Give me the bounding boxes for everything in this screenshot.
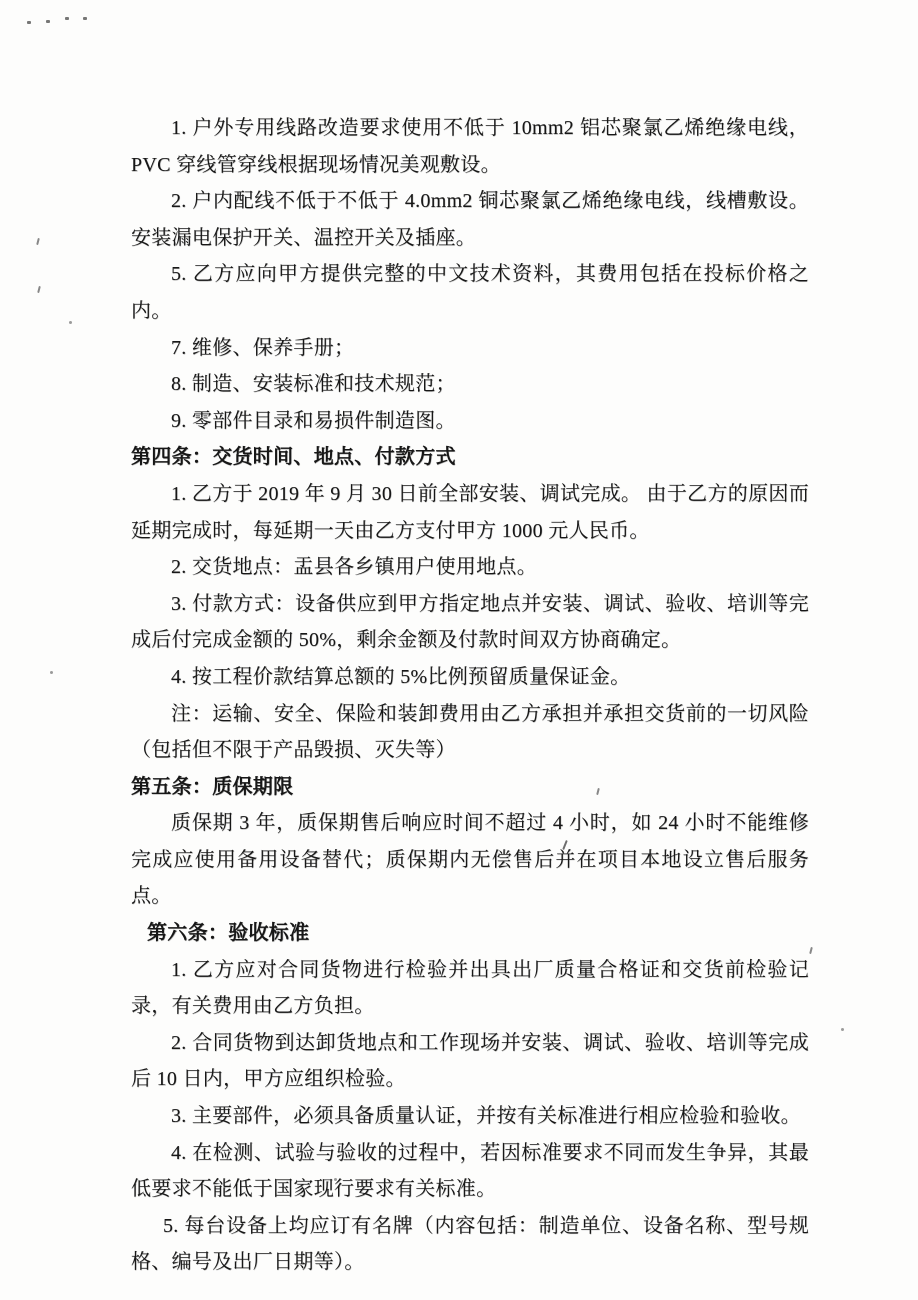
paragraph: 5. 每台设备上均应订有名牌（内容包括：制造单位、设备名称、型号规格、编号及出厂… [131, 1208, 809, 1281]
section-heading: 第六条：验收标准 [131, 915, 809, 952]
scan-speck [46, 20, 50, 23]
scan-speck [50, 671, 53, 674]
paragraph: 2. 交货地点：盂县各乡镇用户使用地点。 [131, 549, 809, 586]
scan-speck [27, 21, 31, 24]
section-heading: 第四条：交货时间、地点、付款方式 [131, 439, 809, 476]
paragraph: 5. 乙方应向甲方提供完整的中文技术资料，其费用包括在投标价格之内。 [131, 256, 809, 329]
paragraph: 质保期 3 年，质保期售后响应时间不超过 4 小时，如 24 小时不能维修完成应… [131, 805, 809, 915]
paragraph: 1. 户外专用线路改造要求使用不低于 10mm2 铝芯聚氯乙烯绝缘电线，PVC … [131, 110, 809, 183]
section-heading: 第五条：质保期限 [131, 769, 809, 806]
scan-speck [841, 1028, 844, 1031]
paragraph: 4. 按工程价款结算总额的 5%比例预留质量保证金。 [131, 659, 809, 696]
paragraph: 3. 付款方式：设备供应到甲方指定地点并安装、调试、验收、培训等完成后付完成金额… [131, 586, 809, 659]
paragraph-list: 1. 户外专用线路改造要求使用不低于 10mm2 铝芯聚氯乙烯绝缘电线，PVC … [131, 110, 809, 1281]
scan-speck [809, 947, 813, 954]
paragraph: 1. 乙方于 2019 年 9 月 30 日前全部安装、调试完成。 由于乙方的原… [131, 476, 809, 549]
paragraph: 2. 户内配线不低于不低于 4.0mm2 铜芯聚氯乙烯绝缘电线，线槽敷设。安装漏… [131, 183, 809, 256]
paragraph: 3. 主要部件，必须具备质量认证，并按有关标准进行相应检验和验收。 [131, 1098, 809, 1135]
scan-speck [37, 286, 41, 293]
paragraph: 9. 零部件目录和易损件制造图。 [131, 403, 809, 440]
scan-speck [65, 17, 69, 20]
paragraph: 7. 维修、保养手册； [131, 330, 809, 367]
paragraph: 1. 乙方应对合同货物进行检验并出具出厂质量合格证和交货前检验记录，有关费用由乙… [131, 952, 809, 1025]
scanned-document-page: 1. 户外专用线路改造要求使用不低于 10mm2 铝芯聚氯乙烯绝缘电线，PVC … [0, 0, 918, 1300]
scan-speck [83, 17, 87, 20]
paragraph: 注：运输、安全、保险和装卸费用由乙方承担并承担交货前的一切风险（包括但不限于产品… [131, 696, 809, 769]
paragraph: 4. 在检测、试验与验收的过程中，若因标准要求不同而发生争异，其最低要求不能低于… [131, 1135, 809, 1208]
paragraph: 2. 合同货物到达卸货地点和工作现场并安装、调试、验收、培训等完成后 10 日内… [131, 1025, 809, 1098]
scan-speck [36, 238, 40, 245]
scan-speck [69, 321, 72, 324]
paragraph: 8. 制造、安装标准和技术规范； [131, 366, 809, 403]
document-body: 1. 户外专用线路改造要求使用不低于 10mm2 铝芯聚氯乙烯绝缘电线，PVC … [131, 110, 809, 1281]
